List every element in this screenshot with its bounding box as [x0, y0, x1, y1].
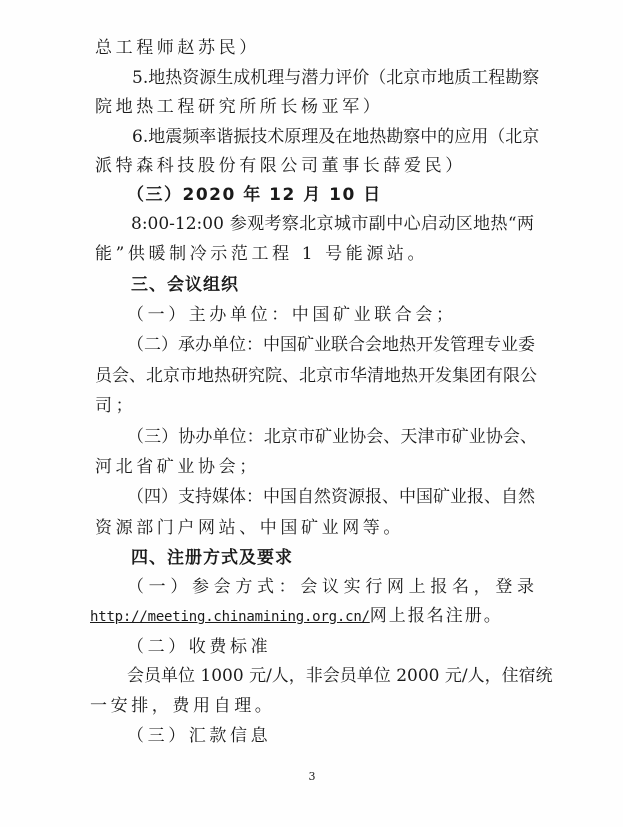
text-line: 资源部门户网站、中国矿业网等。: [95, 516, 535, 540]
text-line: （二）收费标准: [127, 635, 567, 659]
section-heading-organization: 三、会议组织: [131, 273, 571, 297]
registration-link[interactable]: http://meeting.chinamining.org.cn/: [90, 609, 370, 625]
text-line: （一）参会方式：会议实行网上报名，登录: [127, 575, 534, 599]
text-line: 员会、北京市地热研究院、北京市华清地热开发集团有限公: [95, 364, 535, 388]
text-line: （三）汇款信息: [127, 724, 567, 748]
text-line: （二）承办单位：中国矿业联合会地热开发管理专业委: [127, 333, 534, 357]
text-line: 派特森科技股份有限公司董事长薛爱民）: [95, 154, 535, 178]
text-line: 总工程师赵苏民）: [95, 36, 535, 60]
agenda-item-6: 6.地震频率谐振技术原理及在地热勘察中的应用（北京: [132, 125, 534, 149]
section-heading-registration: 四、注册方式及要求: [131, 546, 571, 570]
text-span: 网上报名注册。: [370, 606, 503, 626]
text-line: 一安排，费用自理。: [90, 694, 530, 718]
text-line: 河北省矿业协会；: [95, 455, 535, 479]
text-line: 能”供暖制冷示范工程 1 号能源站。: [95, 242, 535, 266]
date-subheading: （三）2020 年 12 月 10 日: [127, 183, 567, 207]
text-line: 司；: [95, 394, 535, 418]
document-page: 总工程师赵苏民） 5.地热资源生成机理与潜力评价（北京市地质工程勘察 院地热工程…: [0, 0, 623, 827]
page-number: 3: [305, 770, 319, 783]
text-line: （三）协办单位：北京市矿业协会、天津市矿业协会、: [127, 425, 537, 449]
text-line: 院地热工程研究所所长杨亚军）: [95, 95, 535, 119]
text-line: http://meeting.chinamining.org.cn/网上报名注册…: [90, 604, 530, 628]
text-line: （四）支持媒体：中国自然资源报、中国矿业报、自然: [127, 485, 534, 509]
agenda-item-5: 5.地热资源生成机理与潜力评价（北京市地质工程勘察: [132, 66, 534, 90]
text-line: 8:00-12:00 参观考察北京城市副中心启动区地热“两: [131, 212, 534, 236]
text-line: 会员单位 1000 元/人，非会员单位 2000 元/人，住宿统: [127, 664, 534, 688]
text-line: （一）主办单位：中国矿业联合会；: [127, 303, 567, 327]
